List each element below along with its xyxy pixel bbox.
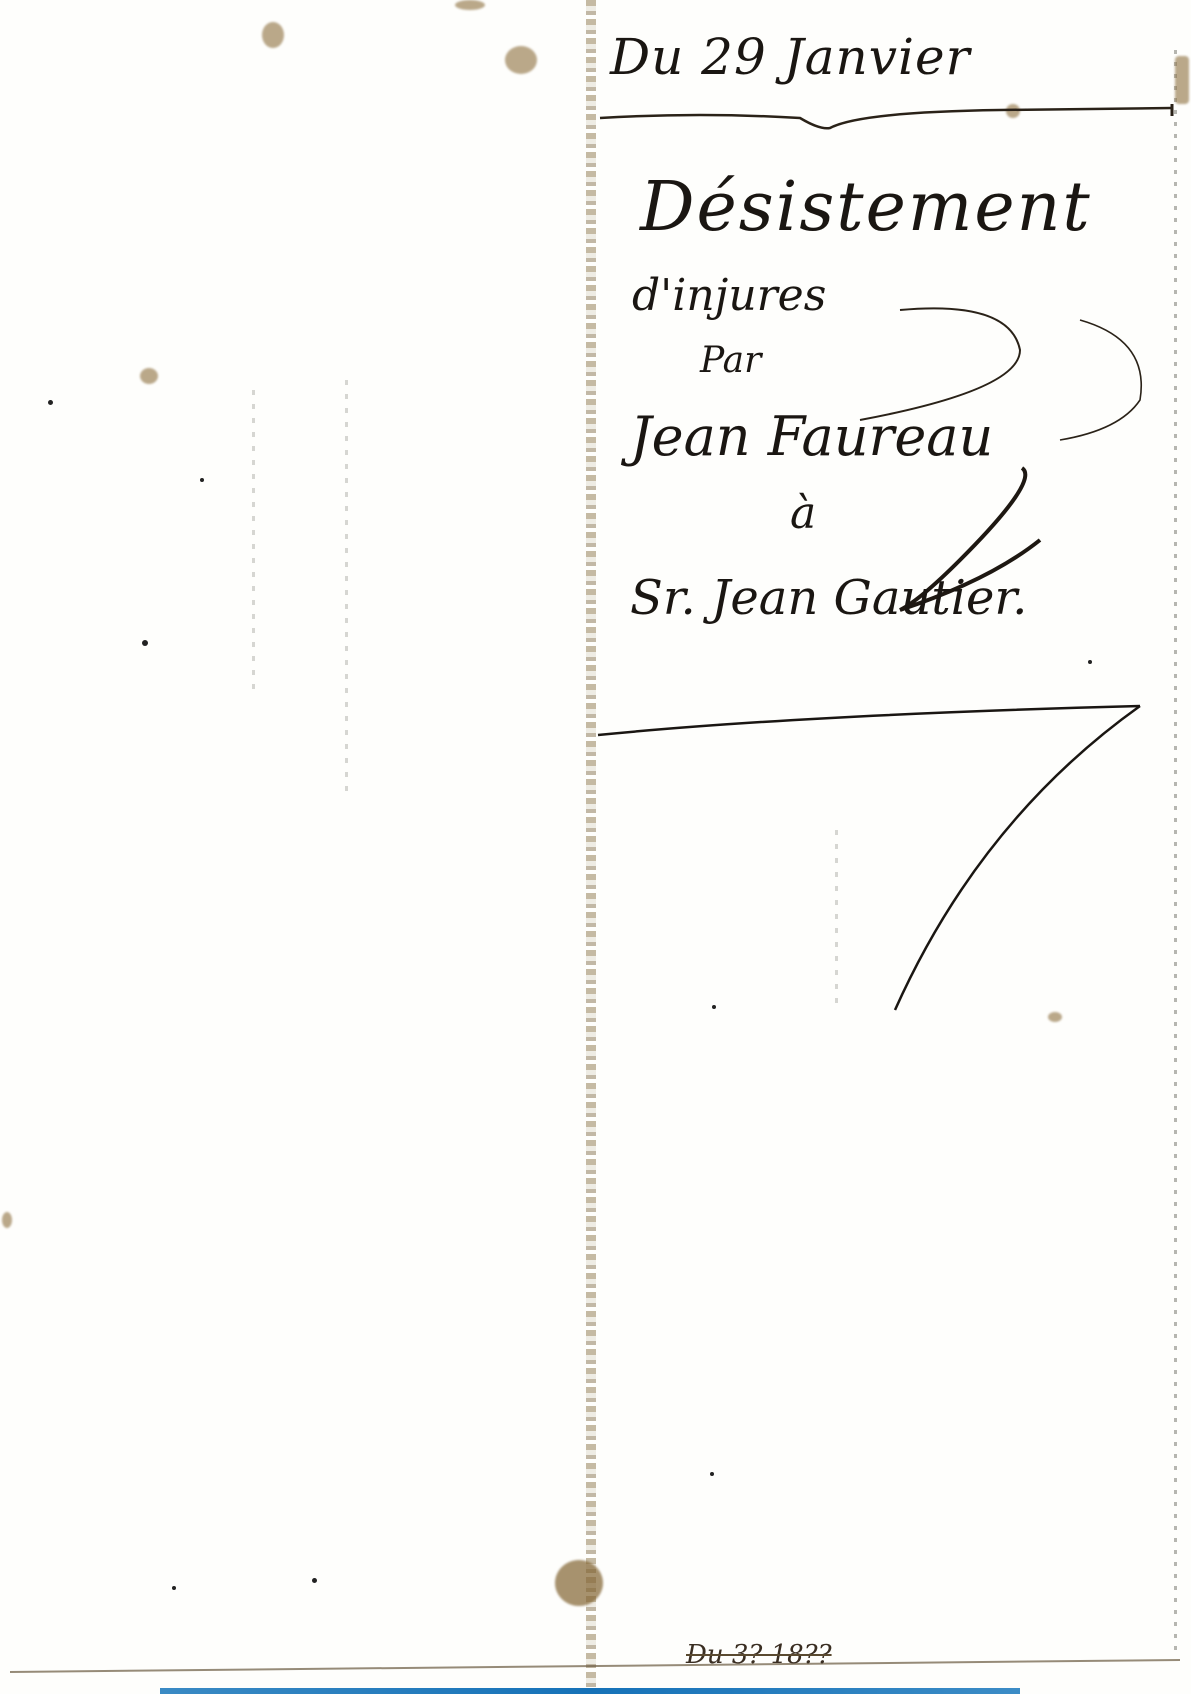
ink-dot [312,1578,317,1583]
to-label: à [790,488,816,539]
author-name: Jean Faureau [630,405,993,468]
blue-edge-band [160,1688,1020,1694]
stain [1175,56,1189,104]
ink-dot [172,1586,176,1590]
recipient-name: Sr. Jean Gautier. [630,570,1027,626]
faint-mark [252,390,255,690]
stain [505,46,537,74]
stain [2,1212,12,1228]
fold-crease [586,0,596,1694]
ink-dot [1088,660,1092,664]
stain [1006,104,1020,118]
right-edge-wear [1174,50,1177,1654]
faint-mark [835,830,838,1010]
header-date: Du 29 Janvier [610,28,971,86]
stain [455,0,485,10]
ink-dot [712,1005,716,1009]
struck-bottom-note: Du 3? 18?? [686,1640,832,1670]
stain [555,1560,603,1606]
ink-dot [48,400,53,405]
stain [262,22,284,48]
document-title: Désistement [640,168,1092,247]
stain [1048,1012,1062,1022]
subject-line: d'injures [632,270,826,321]
faint-mark [345,380,348,800]
by-label: Par [700,340,761,381]
ink-dot [710,1472,714,1476]
document-page: Du 29 Janvier Désistement d'injures Par … [0,0,1191,1694]
ink-dot [200,478,204,482]
stain [140,368,158,384]
ink-dot [142,640,148,646]
